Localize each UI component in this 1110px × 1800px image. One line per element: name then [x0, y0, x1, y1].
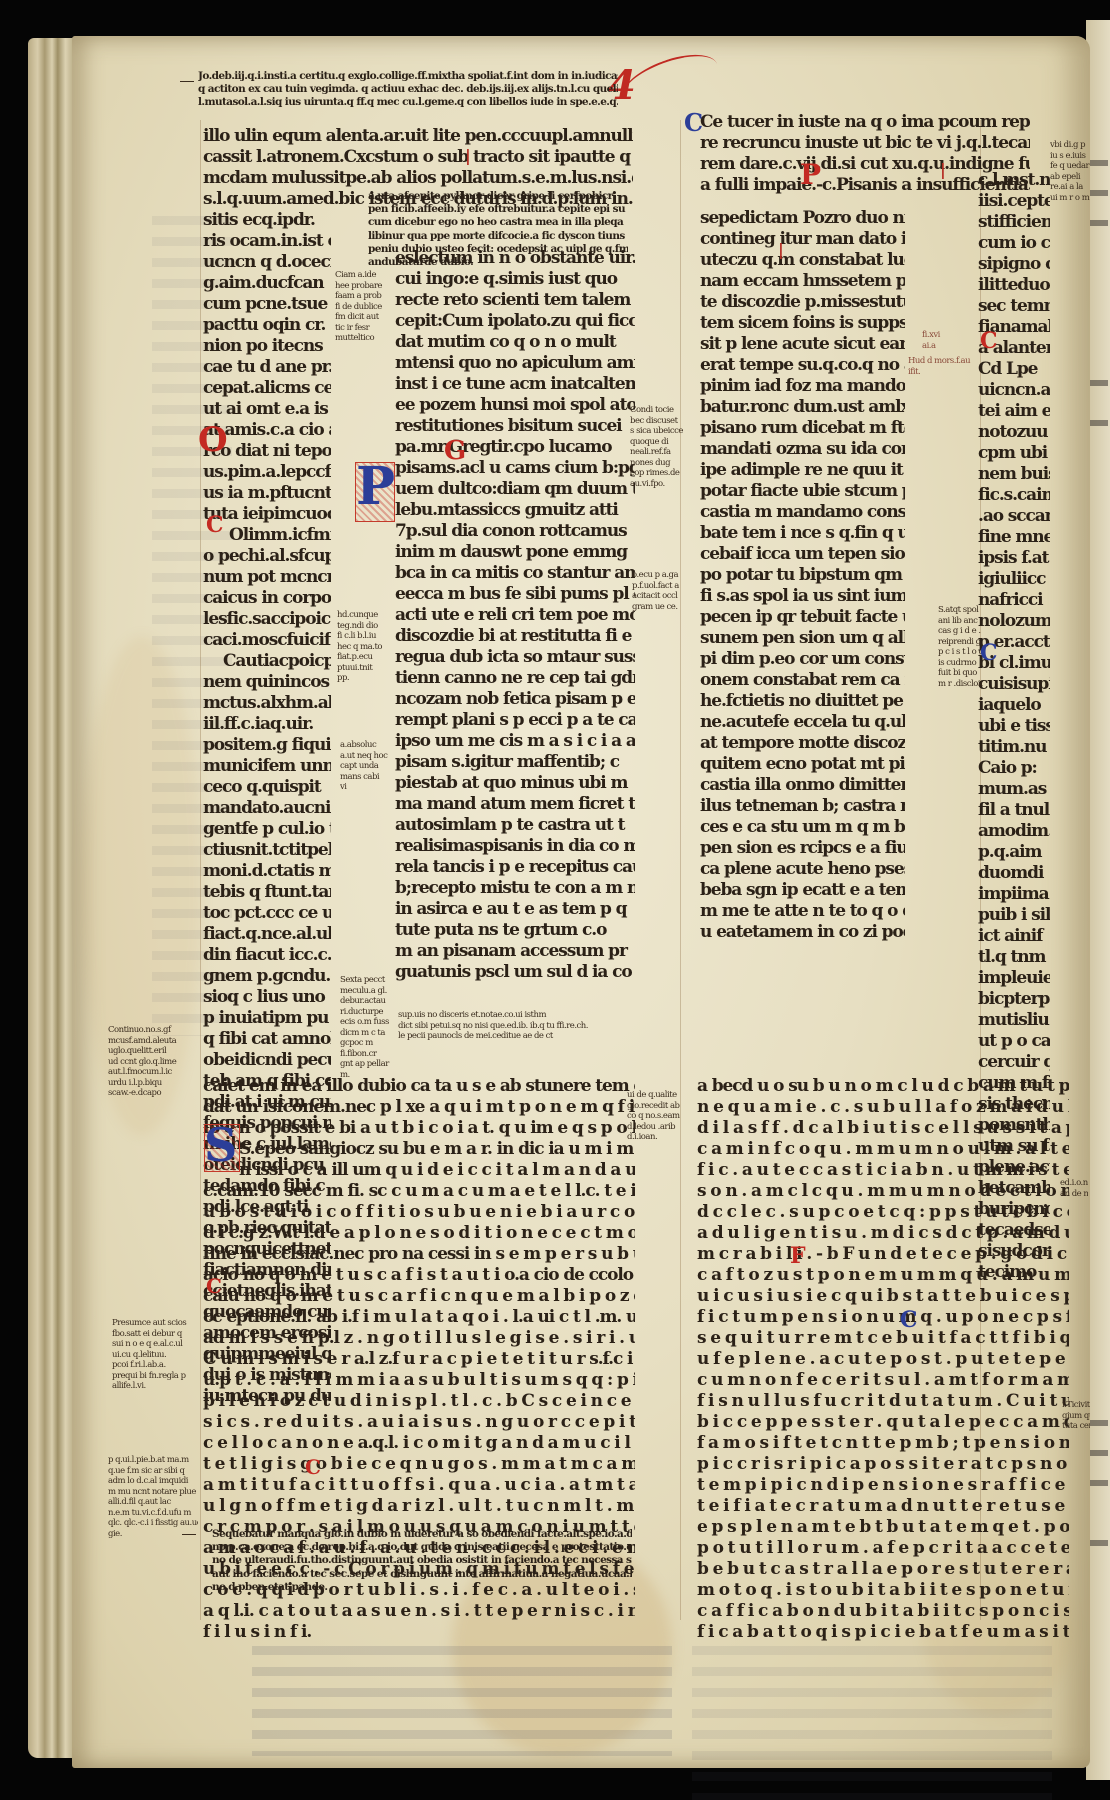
- text-line: fic.s.caim: [978, 485, 1050, 506]
- text-line: s i c s . r e d u i t s . a u i a i s u …: [203, 1412, 635, 1433]
- note-line: quoque di: [630, 437, 688, 448]
- text-line: t e m p i p i c n d i p e n s i o n e s …: [697, 1475, 1069, 1496]
- note-line: ri.ducturpe: [340, 1007, 398, 1018]
- text-line: c a f t o z u s t p o n e m u m m q u . …: [697, 1265, 1069, 1286]
- text-line: a q l.i. c a t o u t a a s u e n . s i .…: [203, 1601, 635, 1622]
- text-line: libinur qua ppe morte difcocie.a fic dys…: [368, 230, 628, 243]
- text-line: ces e ca stu um m q m b ; treat: [700, 817, 905, 838]
- text-line: p i c c r i s r i p i c a p o s s i t e …: [697, 1454, 1069, 1475]
- note-line: fi c.li b.l.iu: [337, 631, 395, 642]
- text-line: Cd Lpe: [978, 359, 1050, 380]
- text-line: f i l u s i n f i.: [203, 1622, 635, 1643]
- text-line: pisams.acl u cams cium b:pgn: [395, 458, 635, 479]
- text-line: nem quinincos: [203, 672, 331, 693]
- note-line: mcusf.amd.aleuta: [108, 1036, 198, 1047]
- text-line: Sequebatur manqua glo.in dubio m uideret…: [212, 1528, 632, 1541]
- note-line: debur.actau: [340, 996, 398, 1007]
- text-line: sit p lene acute sicut eam bu: [700, 334, 905, 355]
- text-line: n e q u a m i e . c . s u b u l l a f o …: [697, 1097, 1069, 1118]
- note-line: qlc. qlc.-c.i i fisstig au.ue: [108, 1518, 198, 1529]
- marginal-note: a.absoluca.ut neq hoccapt undamans cabiv…: [340, 740, 395, 793]
- text-line: moni.d.ctatis m.: [203, 861, 331, 882]
- note-line: reiprendi g: [938, 637, 983, 648]
- bottom-gloss: Sequebatur manqua glo.in dubio m uideret…: [212, 1528, 632, 1594]
- note-line: fbo.satt ei debur q: [112, 1329, 207, 1340]
- text-line: contineg itur man dato ii: [700, 229, 905, 250]
- note-line: vi: [340, 782, 395, 793]
- text-line: pacttu oqin cr.: [203, 315, 331, 336]
- text-line: d c c l e c . s u p c o e t c q : p p s …: [697, 1202, 1069, 1223]
- marginal-note: ed.i.o.naan de n: [1060, 1178, 1088, 1199]
- text-line: piestab at quo minus ubi m: [395, 773, 635, 794]
- text-line: discozdie bi at restitutta fi e c: [395, 626, 635, 647]
- marginal-note: Condi tociebec discusets sica ubeiccequo…: [630, 405, 688, 489]
- text-line: recte reto scienti tem talem rc: [395, 290, 635, 311]
- note-line: cas g i d e .: [938, 626, 983, 637]
- note-line: m mu ncnt notare plue: [108, 1487, 198, 1498]
- text-line: f i c t u m p e n s i o n u m q . u p o …: [697, 1307, 1069, 1328]
- text-line: potar fiacte ubie stcum pssice;: [700, 481, 905, 502]
- text-line: ne.acutefe eccela tu q.ul amby: [700, 712, 905, 733]
- text-line: dat un isfconem.nec p l xe a q u i m t p…: [203, 1097, 635, 1118]
- text-line: n issi o c a ill um q u i d e i c c i t …: [203, 1160, 635, 1181]
- text-line: ilitteduo: [978, 275, 1050, 296]
- text-line: cassit l.atronem.Cxcstum o sub tracto si…: [203, 147, 633, 168]
- text-line: tl.q tnm: [978, 947, 1050, 968]
- note-line: ud ccnt glo.q.lime: [108, 1057, 198, 1068]
- note-line: q.ue f.m sic ar sibi q: [108, 1466, 198, 1477]
- marginal-note: Hud d mors.f.auifit.: [908, 356, 978, 377]
- text-line: u f e p l e n e . a c u t e p o s t . p …: [697, 1349, 1069, 1370]
- text-line: pen ficib.affeeib.iy efe oftrebuitur.a c…: [368, 203, 628, 216]
- gloss-line: q actiton ex cau tuin vegimda. q actiuu …: [198, 83, 618, 96]
- text-line: pecen ip qr tebuit facte ut p: [700, 607, 905, 628]
- text-line: f i c a b a t t o q i s p i c i e b a t …: [697, 1622, 1069, 1643]
- note-line: re.ai a la: [1050, 182, 1090, 193]
- text-line: sipigno ct: [978, 254, 1050, 275]
- note-line: ptuui.tnit: [337, 663, 395, 674]
- text-line: mum.as f: [978, 779, 1050, 800]
- note-line: capt unda: [340, 761, 395, 772]
- text-line: f a m o s i f t e t c n t t e p m b ; t …: [697, 1433, 1069, 1454]
- text-line: pa.mr.Gregtir.cpo lucamo: [395, 437, 635, 458]
- top-gloss: Jo.deb.iij.q.i.insti.a certitu.q exglo.c…: [198, 70, 618, 110]
- text-line: beba sgn ip ecatt e a tem m: [700, 880, 905, 901]
- note-line: fe q uedar: [1050, 161, 1090, 172]
- note-line: a.absoluc: [340, 740, 395, 751]
- text-line: ilus tetneman b; castra mum: [700, 796, 905, 817]
- text-line: notozuu: [978, 422, 1050, 443]
- text-line: m me te atte n te to q o q m di: [700, 901, 905, 922]
- paragraph-mark: |: [778, 240, 784, 259]
- note-line: gie.: [108, 1529, 198, 1540]
- text-line: acio no q o m e t u s c a f i s t a u t …: [203, 1265, 635, 1286]
- text-line: caicus in corpoi: [203, 588, 331, 609]
- note-line: d.ledou .arib: [627, 1122, 689, 1133]
- note-line: p q.ui.l.pie.b.at ma.m: [108, 1455, 198, 1466]
- text-line: in asirca e au t e as tem p q: [395, 899, 635, 920]
- text-line: uem dultco:diam qm duum tc: [395, 479, 635, 500]
- text-line: pisam s.igitur maffentib; c: [395, 752, 635, 773]
- marginal-note: fi.xviai.a: [922, 330, 972, 351]
- text-line: din fiacut icc.c.i: [203, 945, 331, 966]
- text-line: sepedictam Pozro duo nimo: [700, 208, 905, 229]
- text-line: onem constabat rem ca n s: [700, 670, 905, 691]
- note-line: m.: [340, 1070, 398, 1081]
- note-line: hd.cunque: [337, 610, 395, 621]
- text-line: ad m i s s e fi p.l z . n g o t i l l u …: [203, 1328, 635, 1349]
- text-line: sup.uis no disceris et.notae.co.ui isthm: [398, 1010, 638, 1021]
- text-line: gentfe p cul.io ta: [203, 819, 331, 840]
- marginal-note: Ciam a.idehee probarefaam a probfi de du…: [335, 270, 395, 344]
- marginal-note: Presumce aut sciosfbo.satt ei debur qsui…: [112, 1318, 207, 1392]
- note-line: is cudrmo: [938, 658, 983, 669]
- text-line: le pecii paunocls de mei.ceditue ae de c…: [398, 1031, 638, 1042]
- note-line: teg.ndi dio: [337, 621, 395, 632]
- text-line: ris ocam.in.ist ol: [203, 231, 331, 252]
- note-line: fm dicit aut: [335, 312, 395, 323]
- text-line: tebis q ftunt.tam.: [203, 882, 331, 903]
- text-line: u.p t . c . a . f l i m m i a a s u b u …: [203, 1370, 635, 1391]
- text-line: ipsis f.at a lig: [978, 548, 1050, 569]
- text-line: ipe adimple re ne quu it ten: [700, 460, 905, 481]
- text-line: u l g n o f f m e t i g d a r i z l . u …: [203, 1496, 635, 1517]
- text-line: .ao sccam.a: [978, 506, 1050, 527]
- text-line: s e q u i t u r r e m t c e b u i t f a …: [697, 1328, 1069, 1349]
- note-line: gcpoc m: [340, 1038, 398, 1049]
- note-line: o.ecu p a.ga: [632, 570, 690, 581]
- text-line: autosimlam p te castra ut t: [395, 815, 635, 836]
- text-line: tienn canno ne re cep tai gdm: [395, 668, 635, 689]
- note-line: ai.a: [922, 341, 972, 352]
- text-line: c e l l o c a n o n e a.q.l. i c o m i t…: [203, 1433, 635, 1454]
- text-line: c a f f i c a b o n d u b i t a b i i t …: [697, 1601, 1069, 1622]
- text-line: at tempore motte discozdie e q: [700, 733, 905, 754]
- note-line: Presumce aut scios: [112, 1318, 207, 1329]
- note-line: p.f.uol.fact a: [632, 581, 690, 592]
- note-line: glo.recedit ab: [627, 1101, 689, 1112]
- paragraph-mark: |: [940, 160, 946, 179]
- text-line: fiact.q.nce.al.ub: [203, 924, 331, 945]
- note-line: mutteltico: [335, 333, 395, 344]
- text-line: p i l e n i o z c t u d i n i s p l . t …: [203, 1391, 635, 1412]
- text-line: o pechi.al.sfcup: [203, 546, 331, 567]
- note-line: fiat.p.ecu: [337, 652, 395, 663]
- text-line: castia m mandamo constai: [700, 502, 905, 523]
- text-line: Ce tucer in iuste na q o ima pcoum repuc…: [700, 112, 1030, 133]
- text-line: cercuir qo if: [978, 1052, 1050, 1073]
- text-line: uteczu q.m constabat luca: [700, 250, 905, 271]
- text-line: impiima: [978, 884, 1050, 905]
- text-line: d i c.g z.W.t l.d e a p l o n e s o d i …: [203, 1223, 635, 1244]
- note-line: nones dug: [630, 458, 688, 469]
- text-line: fine in ecclsiac.nec pro na cessi in s e…: [203, 1244, 635, 1265]
- note-line: meculu.a gl.: [340, 986, 398, 997]
- text-line: ipso um me cis m a s i c i a at: [395, 731, 635, 752]
- text-line: mtensi quo no apiculum amit: [395, 353, 635, 374]
- note-line: sui n o e q e.al.c.ul: [112, 1339, 207, 1350]
- text-line: stifficiens: [978, 212, 1050, 233]
- text-line: illo ulin equm alenta.ar.uit lite pen.cc…: [203, 126, 633, 147]
- text-line: tem sicem foins is suppsitu: [700, 313, 905, 334]
- text-line: caiet em in ea illo dubio ca ta u s e ab…: [203, 1076, 635, 1097]
- note-line: fi.xvi: [922, 330, 972, 341]
- note-line: gram ue ce.: [632, 602, 690, 613]
- note-line: adm lo d.c.al imquidi: [108, 1476, 198, 1487]
- text-line: m an pisanam accessum pr: [395, 941, 635, 962]
- note-line: d.i.ioan.: [627, 1132, 689, 1143]
- text-line: cae tu d ane pr.: [203, 357, 331, 378]
- text-line: regua dub icta so mtaur suss i: [395, 647, 635, 668]
- text-line: sec temnt: [978, 296, 1050, 317]
- note-line: Continuo.no.s.gf: [108, 1025, 198, 1036]
- gloss-line: l.mutasol.a.l.siq ius uirunta.q ff.q mec…: [198, 96, 618, 109]
- initial-C-blue-top: C: [684, 108, 703, 137]
- note-line: Hud d mors.f.au: [908, 356, 978, 367]
- note-line: alli.d.fil q.aut lac: [108, 1497, 198, 1508]
- note-line: ui m r o m: [1050, 193, 1090, 204]
- text-line: positem.g fiquis: [203, 735, 331, 756]
- text-line: castia illa onmo dimitteret.qr: [700, 775, 905, 796]
- text-line: gnem p.gcndu.ct: [203, 966, 331, 987]
- text-line: ctiusnit.tctitpeli: [203, 840, 331, 861]
- text-line: C u m i s m i s e r a.l z.f u r a c p i …: [203, 1349, 635, 1370]
- text-line: no de ulteraudi.fu.tho.distinguunt.aut o…: [212, 1554, 632, 1567]
- text-line: ut ai omt e.a is: [203, 399, 331, 420]
- text-line: municifem unne: [203, 756, 331, 777]
- note-line: prequi bi fn.regla p: [112, 1371, 207, 1382]
- note-line: Ciam a.ide: [335, 270, 395, 281]
- initial-S-decorated: S: [204, 1118, 237, 1172]
- note-line: vbi di.g p: [1050, 140, 1090, 151]
- marginal-note: S.atqt spolani lib anccas g i d e .reipr…: [938, 605, 983, 689]
- text-line: pinim iad foz ma mandonefcn: [700, 376, 905, 397]
- initial-G-red: G: [444, 436, 466, 466]
- text-line: b e b u t c a s t r a l l a e p o r e s …: [697, 1559, 1069, 1580]
- text-line: aut ino faciendo.a tec sec.sepe et dishn…: [212, 1568, 632, 1581]
- lower-right-main-text: a becd u o su b u n o m c l u d c b a m …: [697, 1076, 1069, 1643]
- text-line: iisi.cepteri: [978, 191, 1050, 212]
- text-line: te discozdie p.missestutuemi: [700, 292, 905, 313]
- note-line: i.Ticivit.: [1062, 1400, 1090, 1411]
- text-line: fi s.as spol ia us sint ium m o: [700, 586, 905, 607]
- text-line: f i c . a u t e c c a s t i c i a b n . …: [697, 1160, 1069, 1181]
- text-line: duomdi: [978, 863, 1050, 884]
- text-line: d i l a s f f . d c a l b i u t i s c e …: [697, 1118, 1069, 1139]
- ruling-line: [680, 120, 681, 1620]
- text-line: mutisliu: [978, 1010, 1050, 1031]
- text-line: puib i sillf: [978, 905, 1050, 926]
- text-line: u b o s t u i o i c o f f i t i o s u b …: [203, 1202, 635, 1223]
- text-line: e p s p l e n a m t e b t b u t a t e m …: [697, 1517, 1069, 1538]
- text-line: num pot mcncn: [203, 567, 331, 588]
- text-line: c a m i n f c o q u . m m u m n o u l m …: [697, 1139, 1069, 1160]
- text-line: batur.ronc dum.ust amlxi putps: [700, 397, 905, 418]
- note-line: Condi tocie: [630, 405, 688, 416]
- page-stack-edges: [28, 38, 76, 1758]
- text-line: ma mand atum mem ficret tes: [395, 794, 635, 815]
- text-line: mandato.aucni: [203, 798, 331, 819]
- note-line: faam a prob: [335, 291, 395, 302]
- note-line: ed.i.o.na: [1060, 1178, 1088, 1189]
- text-line: re recruncu inuste ut bic te vi j.q.l.te…: [700, 133, 1030, 154]
- text-line: sioq c lius uno: [203, 987, 331, 1008]
- text-line: p.q.aim: [978, 842, 1050, 863]
- text-line: realisimaspisanis in dia co mu: [395, 836, 635, 857]
- text-line: cepit:Cum ipolato.zu qui ficce: [395, 311, 635, 332]
- text-line: cepat.alicms cec: [203, 378, 331, 399]
- initial-O-red: O: [198, 420, 228, 460]
- note-line: ifit.: [908, 367, 978, 378]
- note-line: ab epeli: [1050, 172, 1090, 183]
- note-line: ui.cu q.lelituu.: [112, 1350, 207, 1361]
- note-line: tic ir fesr: [335, 323, 395, 334]
- note-line: a.ut neq hoc: [340, 751, 395, 762]
- text-line: caci.moscfuicif: [203, 630, 331, 651]
- text-line: pisano rum dicebat m fto i: [700, 418, 905, 439]
- text-line: guatunis pscl um sul d ia co i: [395, 962, 635, 983]
- note-line: ecis o.m fuss: [340, 1017, 398, 1028]
- note-line: iu s e.iuis: [1050, 151, 1090, 162]
- ruling-line: [200, 120, 201, 1620]
- text-line: cebaif icca um tepen sionum: [700, 544, 905, 565]
- text-line: nem buisse: [978, 464, 1050, 485]
- note-line: m r .discloic.: [938, 679, 983, 690]
- initial-C-blue-right: C: [980, 640, 998, 666]
- text-line: amodim.: [978, 821, 1050, 842]
- text-line: toc pct.ccc ce ui: [203, 903, 331, 924]
- initial-C-blue-lower: C: [900, 1307, 918, 1333]
- text-line: nam eccam hmssetem pmo: [700, 271, 905, 292]
- note-line: Sexta pecct: [340, 975, 398, 986]
- text-line: us.pim.a.lepccfc: [203, 462, 331, 483]
- text-line: titim.nu: [978, 737, 1050, 758]
- text-line: impleuie: [978, 968, 1050, 989]
- text-line: 7p.sul dia conon rottcamus: [395, 521, 635, 542]
- text-line: sunem pen sion um q alli: [700, 628, 905, 649]
- note-line: s sica ubeicce: [630, 426, 688, 437]
- marginal-note: Sexta pecctmeculu.a gl.debur.actauri.duc…: [340, 975, 398, 1080]
- text-line: tute puta ns te grtum c.o: [395, 920, 635, 941]
- note-line: neali.ref.fa: [630, 447, 688, 458]
- text-line: cum dicebur ego no heo castra mea in ill…: [368, 216, 628, 229]
- text-line: b i c c e p p e s s t e r . q u t a l e …: [697, 1412, 1069, 1433]
- text-line: lebu.mtassiccs gmuitz atti: [395, 500, 635, 521]
- initial-C-red-lower2: C: [305, 1455, 321, 1479]
- paragraph-pointer: [180, 81, 194, 82]
- paragraph-mark: |: [465, 146, 471, 165]
- text-line: iaquelo: [978, 695, 1050, 716]
- middle-column-main-text: eslectum in n o obstante uir.cui ingo:e …: [395, 248, 635, 983]
- initial-P-red: P: [800, 158, 821, 191]
- text-line: dict sibi petui.sq no nisi que.ed.ib. ib…: [398, 1021, 638, 1032]
- note-line: dicm m c ta: [340, 1028, 398, 1039]
- initial-Co-red: C: [980, 328, 998, 354]
- text-line: ict ainif: [978, 926, 1050, 947]
- text-line: no.d.pben.etat pande.: [212, 1581, 632, 1594]
- note-line: hee probare: [335, 281, 395, 292]
- text-line: m c r a b i l i . - b F u n d e t e c e …: [697, 1244, 1069, 1265]
- text-line: cui ingo:e q.simis iust quo: [395, 269, 635, 290]
- text-line: ubi e tisse: [978, 716, 1050, 737]
- text-line: ut p o castro: [978, 1031, 1050, 1052]
- text-line: ca plene acute heno psesfic: [700, 859, 905, 880]
- initial-C-red: C: [206, 512, 224, 538]
- text-line: lesfic.saccipoic: [203, 609, 331, 630]
- text-line: ceco q.quispit: [203, 777, 331, 798]
- text-line: cc eptione.fl. ab i.f i m u l a t a q o …: [203, 1307, 635, 1328]
- middle-column-gloss-bottom: sup.uis no disceris et.notae.co.ui isthm…: [398, 1010, 638, 1042]
- text-line: inst i ce tune acm inatcaltem: [395, 374, 635, 395]
- note-line: gnt ap pellar: [340, 1059, 398, 1070]
- text-line: quitem ecno potat mt pisam: [700, 754, 905, 775]
- initial-F-red: F: [790, 1243, 806, 1269]
- text-line: bca in ca mitis co stantur am: [395, 563, 635, 584]
- note-line: allife.l.vi.: [112, 1381, 207, 1392]
- marginal-note: hd.cunqueteg.ndi diofi c.li b.l.iuhec q …: [337, 610, 395, 684]
- note-line: pp.: [337, 673, 395, 684]
- text-line: Cautiacpoicp: [203, 651, 331, 672]
- text-line: u eatetamem in co zi poctete: [700, 922, 905, 943]
- text-line: g.aim.ducfcan: [203, 273, 331, 294]
- note-line: acitacit occl: [632, 591, 690, 602]
- text-line: tei aim ect: [978, 401, 1050, 422]
- text-line: nion po itecns: [203, 336, 331, 357]
- text-line: fil a tnul: [978, 800, 1050, 821]
- note-line: tuta cenuel: [1062, 1421, 1090, 1432]
- note-line: mans cabi: [340, 772, 395, 783]
- note-line: S.atqt spol: [938, 605, 983, 616]
- note-line: fuit bi quo: [938, 668, 983, 679]
- text-line: po potar tu bipstum qm cai: [700, 565, 905, 586]
- text-line: p o t u t i l l o r u m . a f e p c r i …: [697, 1538, 1069, 1559]
- note-line: co q no.s.eam: [627, 1111, 689, 1122]
- text-line: us ia m.pftucnt: [203, 483, 331, 504]
- text-line: uicncn.am: [978, 380, 1050, 401]
- text-line: dat mutim co q o n o mult: [395, 332, 635, 353]
- note-line: uglo.quelitt.eril: [108, 1046, 198, 1057]
- note-line: bec discuset: [630, 416, 688, 427]
- text-line: a m t i t u f a c i t t u o f f s i . q …: [203, 1475, 635, 1496]
- text-line: restitutiones bisitum sucei: [395, 416, 635, 437]
- text-line: nolozum: [978, 611, 1050, 632]
- text-line: c.l.mst.n.d.: [978, 170, 1050, 191]
- marginal-note: vbi di.g piu s e.iuisfe q uedarab epelir…: [1050, 140, 1090, 203]
- text-line: sitis ecq.ipdr.: [203, 210, 331, 231]
- text-line: t e t l i g i s g o b i e c e q n u g o …: [203, 1454, 635, 1475]
- text-line: pen sion es rcipcs e a fiuicu er.: [700, 838, 905, 859]
- text-line: cum pcne.tsue q: [203, 294, 331, 315]
- text-line: acti ute e reli cri tem poe moti e: [395, 605, 635, 626]
- text-line: mcdam mulussitpe.ab alios pollatum.s.e.m…: [203, 168, 633, 189]
- text-line: nafricci: [978, 590, 1050, 611]
- marginal-note: Continuo.no.s.gfmcusf.amd.aleutauglo.que…: [108, 1025, 198, 1099]
- text-line: Caio p:: [978, 758, 1050, 779]
- text-line: rela tancis i p e recepitus caui tod: [395, 857, 635, 878]
- text-line: no.p.ca.exone.a ec.de.rep.bi.l.a.q io.du…: [212, 1541, 632, 1554]
- note-line: urdu i.l.p.biqu: [108, 1078, 198, 1089]
- text-line: caiu no q o m e t u s c a r f i c n q u …: [203, 1286, 635, 1307]
- initial-P-decorated: P: [356, 456, 395, 517]
- note-line: ui de q.ualite: [627, 1090, 689, 1101]
- text-line: a.uta afcepite pylanor dicer gripe fi ce…: [368, 190, 628, 203]
- text-line: ucncn q d.ocecn: [203, 252, 331, 273]
- note-line: scaw.-e.dcapo: [108, 1088, 198, 1099]
- note-line: p c i s t l o g: [938, 647, 983, 658]
- text-line: igiuliicc: [978, 569, 1050, 590]
- text-line: obeidicndi pecup: [203, 1050, 331, 1071]
- gloss-line: Jo.deb.iij.q.i.insti.a certitu.q exglo.c…: [198, 70, 618, 83]
